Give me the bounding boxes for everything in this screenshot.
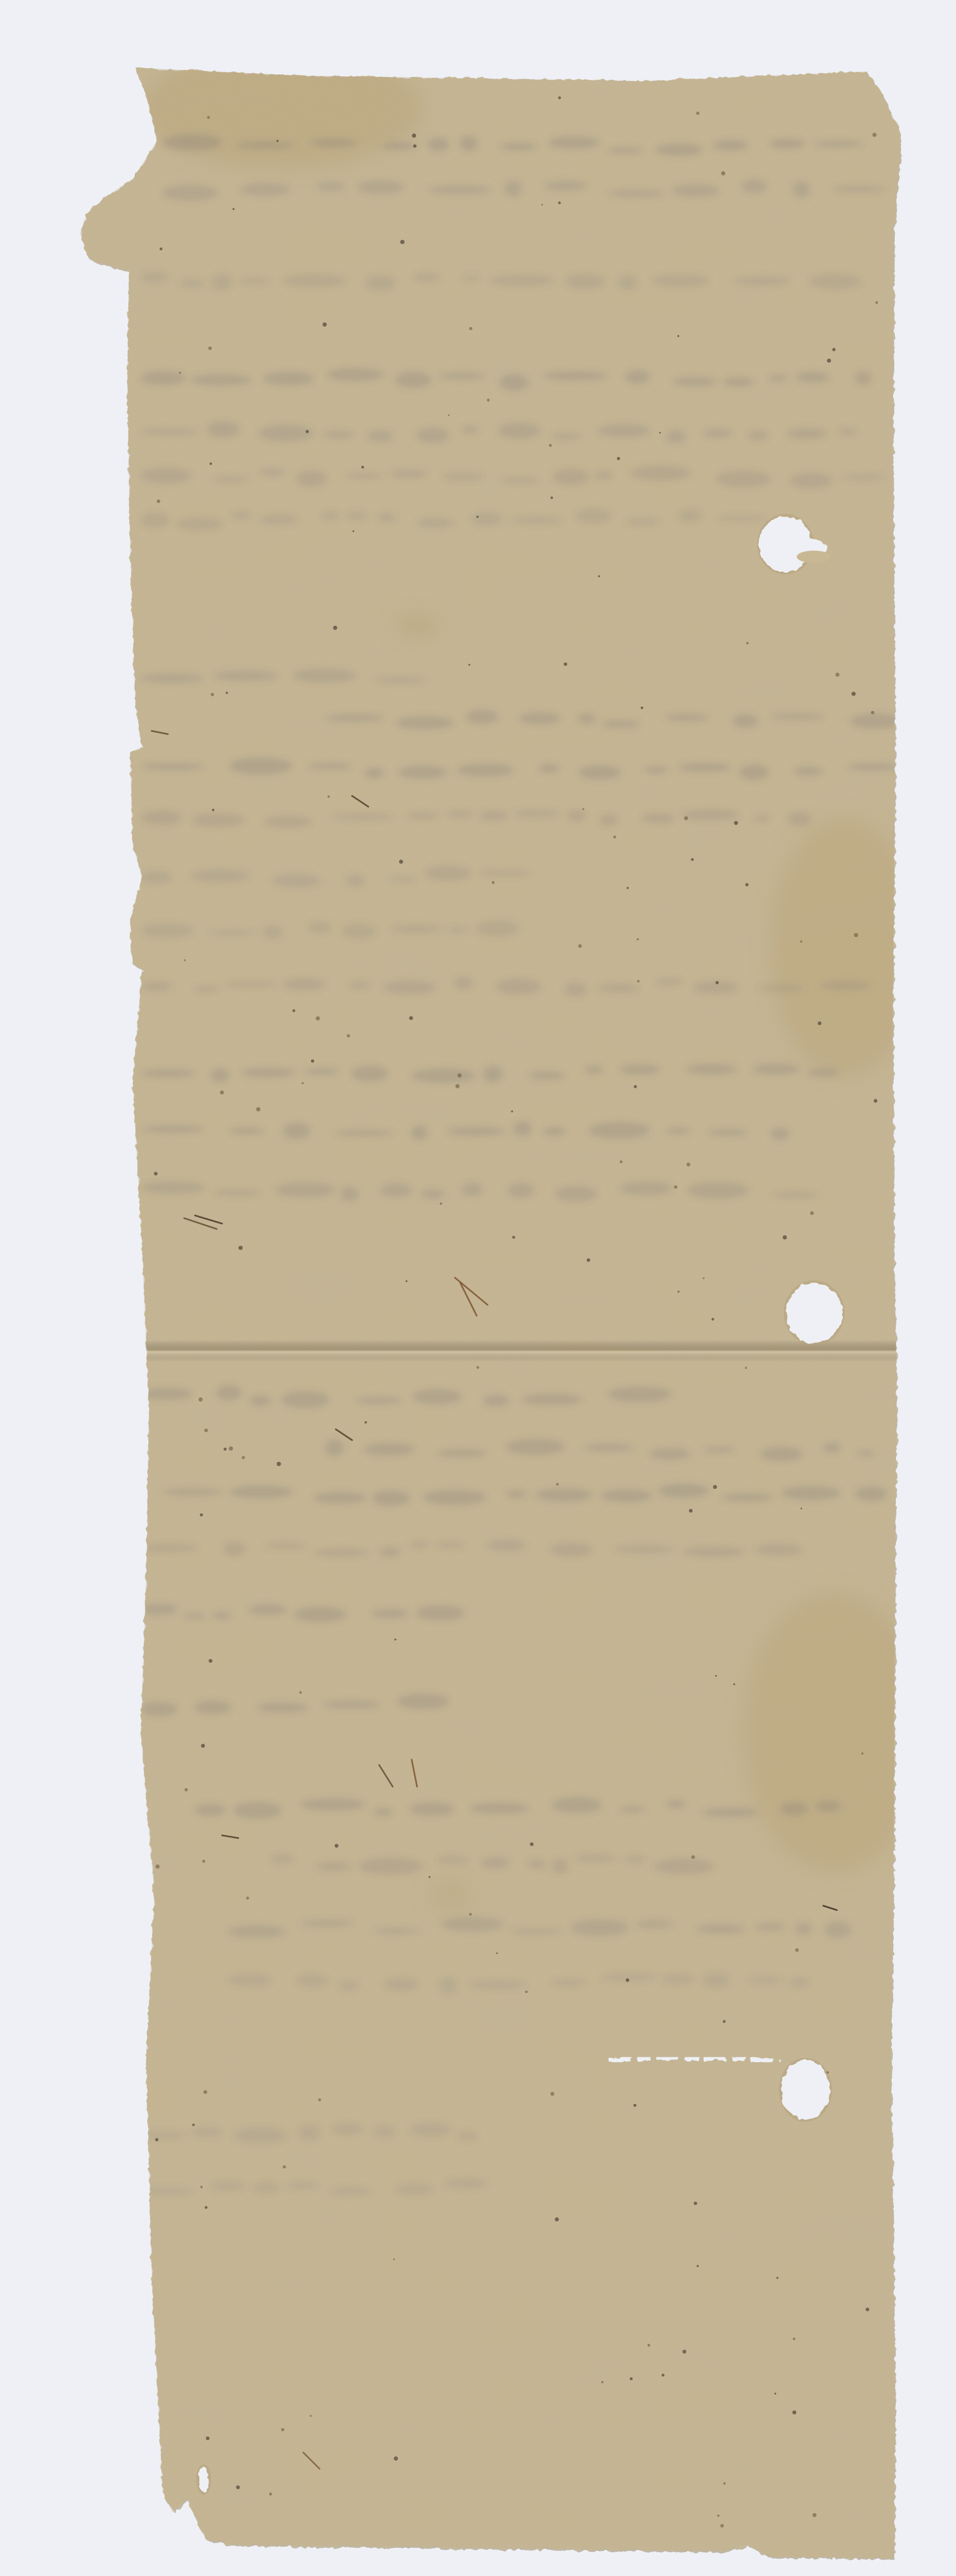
scanned-page: Reverse side of an aged handwritten shee… xyxy=(0,0,956,2576)
middle-right-punch-hole xyxy=(784,1280,844,1345)
fiber xyxy=(146,2523,162,2534)
lower-right-punch-hole xyxy=(779,2058,832,2122)
bottom-left-small-hole xyxy=(196,2464,211,2495)
paper-sheet xyxy=(0,0,956,2576)
